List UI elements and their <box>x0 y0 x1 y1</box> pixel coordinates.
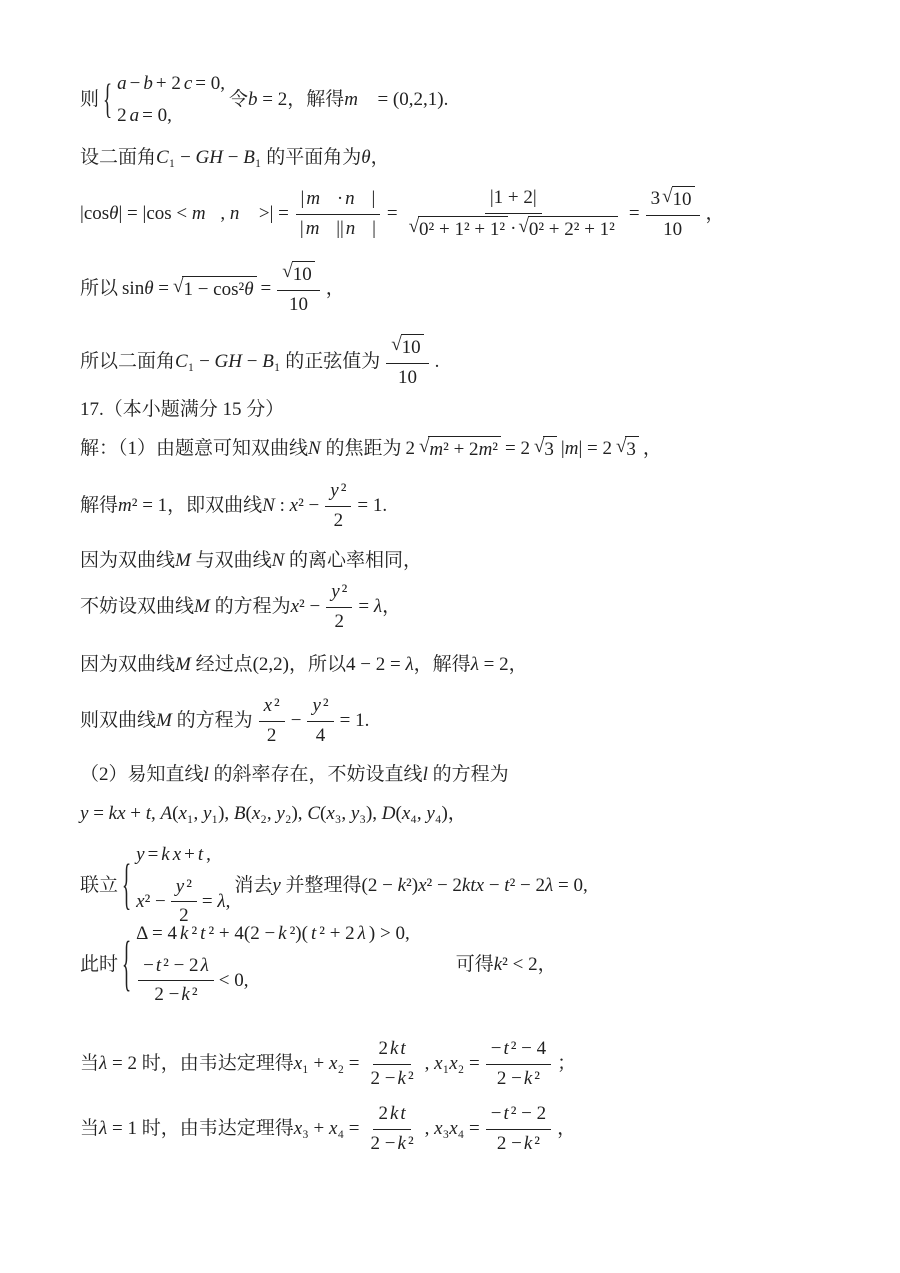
sine-value-conclusion-line: 所以二面角C₁ − GH − B₁ 的正弦值为 √ 10 10 . <box>80 334 439 390</box>
text-run: 此时 <box>80 953 118 978</box>
vieta-lambda-1-line: 当λ = 1 时，由韦达定理得x₃ + x₄ = 2kt 2 − k² , x₃… <box>80 1102 576 1156</box>
text-run: 不妨设双曲线M 的方程为x² − <box>80 595 320 620</box>
radicand: 0² + 2² + 1² <box>528 216 618 243</box>
fraction-denominator: 4 <box>311 722 331 749</box>
problem-17-header: 17.（本小题满分 15 分） <box>80 398 284 423</box>
math-run: 令b = 2，解得m⃗ = (0,2,1). <box>229 88 448 113</box>
text-run: 17.（本小题满分 15 分） <box>80 398 284 423</box>
math-run: y = kx + t, A(x₁, y₁), B(x₂, y₂), C(x₃, … <box>80 802 467 827</box>
fraction-denominator: √ 0² + 1² + 1² · √ 0² + 2² + 1² <box>404 214 623 243</box>
fraction-numerator: y² <box>171 875 197 903</box>
text-run: ， <box>706 202 725 227</box>
text-run: ， <box>326 277 345 302</box>
system-elimination-line: 联立 { y = kx + t, x² − y² 2 = λ, 消去y 并整理得… <box>80 843 588 929</box>
math-run: , x₃x₄ = <box>425 1117 480 1142</box>
case-row: Δ = 4k²t² + 4(2 − k²)(t² + 2λ) > 0, <box>136 922 410 947</box>
cases-group: Δ = 4k²t² + 4(2 − k²)(t² + 2λ) > 0, −t² … <box>136 922 410 1008</box>
text-run: ； <box>557 1052 576 1077</box>
math-run: , x₁x₂ = <box>425 1052 480 1077</box>
fraction-numerator: |m⃗ · n⃗| <box>296 187 381 215</box>
text-run: ， <box>557 1117 576 1142</box>
math-run: x² − <box>136 890 166 915</box>
eccentricity-statement-line: 因为双曲线M 与双曲线N 的离心率相同， <box>80 549 422 574</box>
text-run: 因为双曲线M 经过点(2,2)，所以4 − 2 = λ，解得λ = 2， <box>80 653 528 678</box>
left-brace: { <box>103 80 112 121</box>
fraction: √ 10 10 <box>386 334 428 390</box>
radicand: 1 − cos²θ <box>182 276 256 303</box>
case-row: a − b + 2c = 0, <box>117 72 225 97</box>
cases-group: y = kx + t, x² − y² 2 = λ, <box>136 843 230 929</box>
points-definition-line: y = kx + t, A(x₁, y₁), B(x₂, y₂), C(x₃, … <box>80 802 467 827</box>
left-brace: { <box>122 858 131 914</box>
radical: √ 1 − cos²θ <box>173 276 257 303</box>
hyperbola-m-form-line: 不妨设双曲线M 的方程为x² − y² 2 = λ， <box>80 580 401 634</box>
radicand: 3 <box>625 436 639 463</box>
text-run: 联立 <box>80 874 118 899</box>
left-brace: { <box>122 934 131 996</box>
discriminant-conditions-line: 此时 { Δ = 4k²t² + 4(2 − k²)(t² + 2λ) > 0,… <box>80 922 557 1008</box>
radical: √ 10 <box>282 261 314 288</box>
fraction: y² 2 <box>171 875 197 929</box>
fraction-numerator: −t² − 2 <box>486 1102 551 1130</box>
text-run: 解得m² = 1，即双曲线N : x² − <box>80 494 319 519</box>
radicand: 10 <box>672 186 695 213</box>
math-run: = <box>261 277 272 302</box>
math-run: = <box>629 202 640 227</box>
fraction: |1 + 2| √ 0² + 1² + 1² · √ 0² + 2² + 1² <box>404 186 623 242</box>
fraction-denominator: 2 − k² <box>366 1130 419 1157</box>
text-run: 解：（1）由题意可知双曲线N 的焦距为 <box>80 437 401 462</box>
math-run: = 1. <box>340 709 370 734</box>
radicand: 0² + 1² + 1² <box>418 216 508 243</box>
fraction: 2kt 2 − k² <box>366 1102 419 1156</box>
fraction-numerator: y² <box>307 694 333 722</box>
case-row: y = kx + t, <box>136 843 211 868</box>
fraction-denominator: 2 − k² <box>366 1065 419 1092</box>
fraction-denominator: 2 <box>262 722 282 749</box>
radicand: m² + 2m² <box>428 436 501 463</box>
fraction-numerator: y² <box>326 580 352 608</box>
radical: √ 10 <box>662 186 694 213</box>
fraction-numerator: −t² − 4 <box>486 1037 551 1065</box>
math-run: 2 <box>405 437 415 462</box>
case-row: x² − y² 2 = λ, <box>136 875 230 929</box>
math-run: < 0, <box>219 969 249 994</box>
fraction-denominator: 10 <box>393 364 422 391</box>
fraction-denominator: 2 <box>330 608 350 635</box>
text-run: （2）易知直线l 的斜率存在，不妨设直线l 的方程为 <box>80 763 509 788</box>
text-run: 则双曲线M 的方程为 <box>80 709 253 734</box>
fraction-numerator: 2kt <box>373 1037 410 1065</box>
math-run: 可得k² < 2， <box>456 953 557 978</box>
fraction-numerator: 3 √ 10 <box>646 186 700 216</box>
fraction: 2kt 2 − k² <box>366 1037 419 1091</box>
fraction-denominator: 2 <box>329 507 349 534</box>
math-run: = λ， <box>358 595 401 620</box>
fraction-denominator: 2 − k² <box>149 981 202 1008</box>
hyperbola-m-equation-line: 则双曲线M 的方程为 x² 2 − y² 4 = 1. <box>80 694 369 748</box>
fraction-denominator: 2 − k² <box>492 1065 545 1092</box>
fraction-denominator: 10 <box>658 216 687 243</box>
radical: √ 3 <box>534 436 557 463</box>
fraction-numerator: x² <box>259 694 285 722</box>
fraction-numerator: |1 + 2| <box>485 186 542 214</box>
fraction: y² 2 <box>325 479 351 533</box>
cdot-symbol: · <box>510 217 516 242</box>
text-run: ， <box>643 437 662 462</box>
text-run: 所以 <box>80 277 118 302</box>
fraction: y² 4 <box>307 694 333 748</box>
cos-theta-equation-line: |cosθ| = |cos < m⃗, n⃗ >| = |m⃗ · n⃗| |m… <box>80 186 725 242</box>
math-run: 消去y 并整理得(2 − k²)x² − 2ktx − t² − 2λ = 0, <box>234 874 587 899</box>
cases-group: a − b + 2c = 0, 2a = 0, <box>117 72 225 128</box>
math-run: = λ, <box>202 890 230 915</box>
fraction: −t² − 4 2 − k² <box>486 1037 551 1091</box>
fraction: |m⃗ · n⃗| |m⃗||n⃗| <box>295 187 381 241</box>
math-run: |m| = 2 <box>561 437 612 462</box>
fraction-numerator: √ 10 <box>386 334 428 364</box>
math-run: |cosθ| = |cos < m⃗, n⃗ >| = <box>80 202 289 227</box>
text-run: 因为双曲线M 与双曲线N 的离心率相同， <box>80 549 422 574</box>
fraction: √ 10 10 <box>277 261 319 317</box>
math-run: = 1. <box>357 494 387 519</box>
text-run: 当λ = 1 时，由韦达定理得x₃ + x₄ = <box>80 1117 360 1142</box>
text-run: 当λ = 2 时，由韦达定理得x₁ + x₂ = <box>80 1052 360 1077</box>
math-run: 3 <box>651 187 661 212</box>
radical: √ 10 <box>391 334 423 361</box>
text-run: 所以二面角C₁ − GH − B₁ 的正弦值为 <box>80 350 380 375</box>
math-run: sinθ = <box>122 277 169 302</box>
line-l-setup-line: （2）易知直线l 的斜率存在，不妨设直线l 的方程为 <box>80 763 509 788</box>
fraction-numerator: y² <box>325 479 351 507</box>
case-row: −t² − 2λ 2 − k² < 0, <box>136 954 248 1008</box>
radicand: 3 <box>543 436 557 463</box>
lambda-solution-line: 因为双曲线M 经过点(2,2)，所以4 − 2 = λ，解得λ = 2， <box>80 653 528 678</box>
fraction: −t² − 2 2 − k² <box>486 1102 551 1156</box>
radical: √ m² + 2m² <box>419 436 501 463</box>
sin-theta-equation-line: 所以 sinθ = √ 1 − cos²θ = √ 10 10 ， <box>80 261 345 317</box>
radical: √ 0² + 1² + 1² <box>409 216 508 243</box>
fraction: 3 √ 10 10 <box>646 186 700 242</box>
fraction-denominator: 10 <box>284 291 313 318</box>
radical: √ 0² + 2² + 1² <box>518 216 617 243</box>
dihedral-angle-setup-line: 设二面角C₁ − GH − B₁ 的平面角为θ， <box>80 146 390 171</box>
text-run: 则 <box>80 88 99 113</box>
radicand: 10 <box>401 334 424 361</box>
fraction-numerator: −t² − 2λ <box>138 954 214 982</box>
fraction-numerator: 2kt <box>373 1102 410 1130</box>
vieta-lambda-2-line: 当λ = 2 时，由韦达定理得x₁ + x₂ = 2kt 2 − k² , x₁… <box>80 1037 576 1091</box>
fraction: −t² − 2λ 2 − k² <box>138 954 214 1008</box>
minus-sign: − <box>291 709 302 734</box>
hyperbola-n-equation-line: 解得m² = 1，即双曲线N : x² − y² 2 = 1. <box>80 479 387 533</box>
document-page: 则 { a − b + 2c = 0, 2a = 0, 令b = 2，解得m⃗ … <box>0 0 900 1273</box>
normal-vector-system-line: 则 { a − b + 2c = 0, 2a = 0, 令b = 2，解得m⃗ … <box>80 72 448 128</box>
fraction-denominator: 2 − k² <box>492 1130 545 1157</box>
text-run: 设二面角C₁ − GH − B₁ 的平面角为θ， <box>80 146 390 171</box>
math-run: = <box>387 202 398 227</box>
focal-distance-equation-line: 解：（1）由题意可知双曲线N 的焦距为 2 √ m² + 2m² = 2 √ 3… <box>80 436 662 463</box>
fraction: y² 2 <box>326 580 352 634</box>
fraction: x² 2 <box>259 694 285 748</box>
text-run: . <box>435 350 440 375</box>
case-row: 2a = 0, <box>117 104 172 129</box>
math-run: = 2 <box>505 437 530 462</box>
radical: √ 3 <box>616 436 639 463</box>
fraction-numerator: √ 10 <box>277 261 319 291</box>
fraction-denominator: |m⃗||n⃗| <box>295 215 381 242</box>
radicand: 10 <box>292 261 315 288</box>
